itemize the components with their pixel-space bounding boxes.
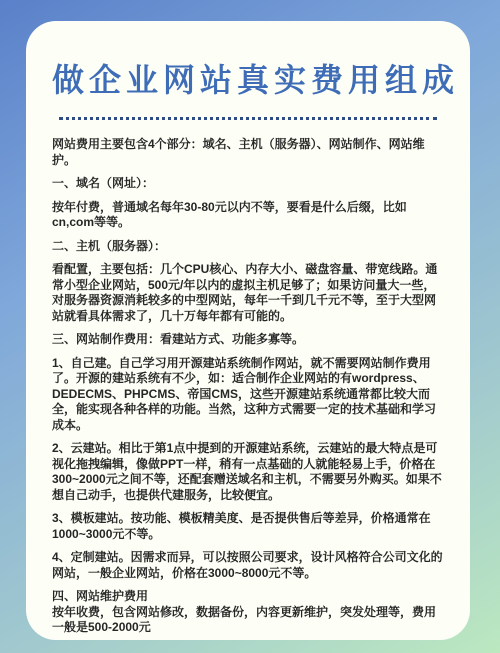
page-background: 做企业网站真实费用组成 网站费用主要包含4个部分：域名、主机（服务器）、网站制作… (0, 0, 500, 653)
section-production-item-cloud-build: 2、云建站。相比于第1点中提到的开源建站系统，云建站的最大特点是可视化拖拽编辑，… (52, 441, 444, 503)
content-card: 做企业网站真实费用组成 网站费用主要包含4个部分：域名、主机（服务器）、网站制作… (26, 21, 470, 640)
section-hosting: 二、主机（服务器）： 看配置，主要包括：几个CPU核心、内存大小、磁盘容量、带宽… (52, 239, 444, 325)
section-domain-heading: 一、域名（网址）： (52, 176, 444, 192)
section-hosting-heading: 二、主机（服务器）： (52, 239, 444, 255)
section-maintenance: 四、网站维护费用 按年收费，包含网站修改，数据备份，内容更新维护，突发处理等，费… (52, 589, 444, 636)
section-production: 三、网站制作费用：看建站方式、功能多寡等。 1、自己建。自己学习用开源建站系统制… (52, 332, 444, 581)
intro-paragraph: 网站费用主要包含4个部分：域名、主机（服务器）、网站制作、网站维护。 (52, 137, 444, 168)
section-production-heading: 三、网站制作费用：看建站方式、功能多寡等。 (52, 332, 444, 348)
section-domain: 一、域名（网址）： 按年付费，普通域名每年30-80元以内不等，要看是什么后缀，… (52, 176, 444, 231)
section-maintenance-paragraph: 按年收费，包含网站修改，数据备份，内容更新维护，突发处理等，费用一般是500-2… (52, 605, 444, 636)
page-title: 做企业网站真实费用组成 (52, 55, 444, 101)
section-hosting-paragraph: 看配置，主要包括：几个CPU核心、内存大小、磁盘容量、带宽线路。通常小型企业网站… (52, 262, 444, 324)
section-domain-paragraph: 按年付费，普通域名每年30-80元以内不等，要看是什么后缀，比如cn,com等等… (52, 200, 444, 231)
section-maintenance-heading: 四、网站维护费用 (52, 589, 444, 605)
section-production-item-template-build: 3、模板建站。按功能、模板精美度、是否提供售后等差异，价格通常在1000~300… (52, 511, 444, 542)
dotted-divider (59, 117, 437, 120)
section-production-item-custom-build: 4、定制建站。因需求而异，可以按照公司要求，设计风格符合公司文化的网站，一般企业… (52, 550, 444, 581)
body-text: 网站费用主要包含4个部分：域名、主机（服务器）、网站制作、网站维护。 一、域名（… (52, 137, 444, 636)
section-production-item-self-build: 1、自己建。自己学习用开源建站系统制作网站，就不需要网站制作费用了。开源的建站系… (52, 356, 444, 434)
